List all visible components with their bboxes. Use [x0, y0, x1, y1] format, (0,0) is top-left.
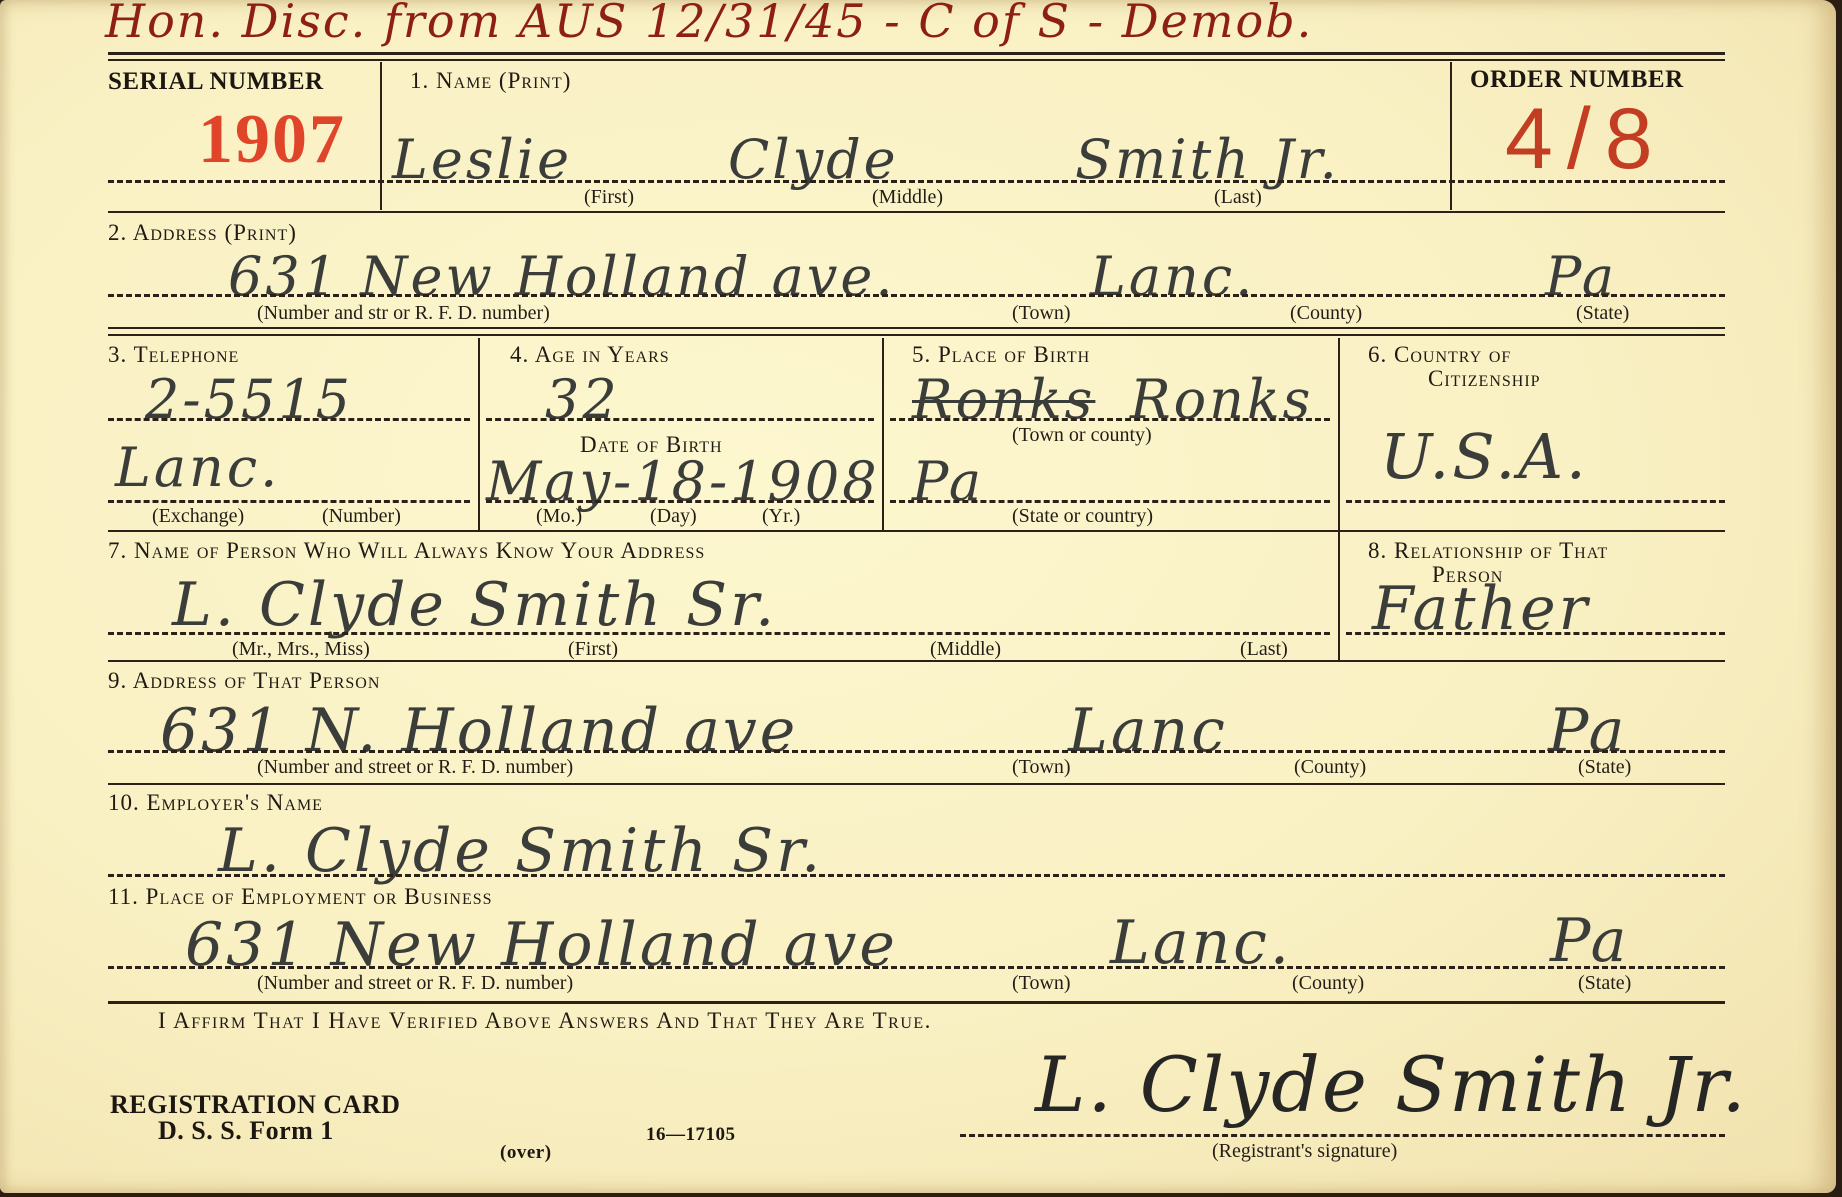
birthplace-dashed-line: [890, 418, 1330, 421]
birthplace-state-sublabel: (State or country): [1012, 505, 1153, 528]
dob-value: May-18-1908: [486, 450, 880, 513]
address-street-sublabel: (Number and str or R. F. D. number): [257, 302, 550, 325]
form-number: D. S. S. Form 1: [158, 1116, 334, 1146]
contact-address-dashed-line: [108, 750, 1725, 753]
birthplace-struck: Ronks: [912, 368, 1095, 431]
contact-dashed-line: [108, 632, 1330, 635]
serial-number-label: SERIAL NUMBER: [108, 68, 324, 96]
name-first-sublabel: (First): [584, 186, 634, 209]
contact-address-label: 9. Address of That Person: [108, 668, 380, 694]
relationship-label: 8. Relationship of That: [1368, 538, 1608, 564]
yr-sublabel: (Yr.): [762, 505, 800, 528]
over-label: (over): [500, 1142, 552, 1164]
address-street: 631 New Holland ave.: [228, 245, 896, 308]
birthplace-state: Pa: [912, 450, 984, 513]
signature-sublabel: (Registrant's signature): [1212, 1140, 1397, 1163]
citizenship-value: U.S.A.: [1380, 420, 1589, 493]
dob-dashed-line: [486, 500, 874, 503]
contact-county-sublabel: (County): [1294, 756, 1366, 779]
contact-state-sublabel: (State): [1578, 756, 1631, 779]
discharge-annotation: Hon. Disc. from AUS 12/31/45 - C of S - …: [105, 0, 1313, 48]
employment-state-sublabel: (State): [1578, 972, 1631, 995]
contact-title-sublabel: (Mr., Mrs., Miss): [232, 638, 370, 661]
row4-bottom-rule: [108, 660, 1725, 662]
contact-last-sublabel: (Last): [1240, 638, 1288, 661]
employer-dashed-line: [108, 874, 1725, 877]
age-dashed-line: [486, 418, 874, 421]
address-dashed-line: [108, 294, 1725, 297]
age-value: 32: [545, 368, 620, 431]
signature-dashed-line: [960, 1134, 1725, 1137]
order-divider: [1450, 62, 1452, 210]
address-town: Lanc.: [1090, 245, 1255, 308]
number-sublabel: (Number): [322, 505, 401, 528]
serial-number-value: 1907: [198, 100, 346, 180]
contact-address-town: Lanc: [1068, 696, 1228, 766]
registration-card: Hon. Disc. from AUS 12/31/45 - C of S - …: [0, 0, 1836, 1193]
employment-street: 631 New Holland ave: [185, 910, 898, 980]
registrant-signature: L. Clyde Smith Jr.: [1035, 1040, 1748, 1129]
row2-rule: [108, 327, 1725, 329]
address-town-sublabel: (Town): [1012, 302, 1071, 325]
row3-divider-1: [478, 338, 480, 530]
affirmation-text: I Affirm That I Have Verified Above Answ…: [158, 1008, 932, 1034]
birthplace-label: 5. Place of Birth: [912, 342, 1090, 368]
telephone-dashed-line-2: [108, 500, 470, 503]
birthplace-town: Ronks: [1130, 368, 1313, 431]
exchange-sublabel: (Exchange): [152, 505, 244, 528]
birthplace-town-sublabel: (Town or county): [1012, 424, 1152, 447]
row1-dashed-line: [108, 180, 1725, 183]
contact-label: 7. Name of Person Who Will Always Know Y…: [108, 538, 705, 564]
print-code: 16—17105: [646, 1124, 736, 1146]
employment-county-sublabel: (County): [1292, 972, 1364, 995]
employment-label: 11. Place of Employment or Business: [108, 884, 493, 910]
employer-label: 10. Employer's Name: [108, 790, 323, 816]
top-rule-2: [108, 59, 1725, 61]
row4-divider: [1338, 532, 1340, 660]
telephone-label: 3. Telephone: [108, 342, 239, 368]
citizenship-label: 6. Country of: [1368, 342, 1511, 368]
day-sublabel: (Day): [650, 505, 697, 528]
serial-divider: [380, 62, 382, 210]
name-middle-sublabel: (Middle): [872, 186, 943, 209]
row3-divider-2: [882, 338, 884, 530]
row5-bottom-rule: [108, 783, 1725, 785]
row3-bottom-rule: [108, 530, 1725, 532]
order-number-value: 4/8: [1505, 90, 1667, 189]
relationship-dashed-line: [1346, 632, 1725, 635]
employment-town-sublabel: (Town): [1012, 972, 1071, 995]
citizenship-dashed-line: [1346, 500, 1725, 503]
contact-middle-sublabel: (Middle): [930, 638, 1001, 661]
citizenship-label-2: Citizenship: [1428, 366, 1541, 392]
row3-divider-3: [1338, 338, 1340, 530]
row7-bottom-rule: [108, 1001, 1725, 1004]
address-state-sublabel: (State): [1576, 302, 1629, 325]
contact-town-sublabel: (Town): [1012, 756, 1071, 779]
name-last-sublabel: (Last): [1214, 186, 1262, 209]
address-county-sublabel: (County): [1290, 302, 1362, 325]
top-rule: [108, 52, 1725, 55]
telephone-number: 2-5515: [145, 368, 353, 431]
row2-rule-2: [108, 334, 1725, 336]
telephone-dashed-line: [108, 418, 470, 421]
name-label: 1. Name (Print): [410, 68, 571, 94]
address-label: 2. Address (Print): [108, 220, 297, 246]
contact-street-sublabel: (Number and street or R. F. D. number): [257, 756, 573, 779]
contact-name: L. Clyde Smith Sr.: [172, 570, 777, 640]
row1-bottom-rule: [108, 211, 1725, 213]
mo-sublabel: (Mo.): [536, 505, 582, 528]
address-state: Pa: [1545, 245, 1617, 308]
employment-dashed-line: [108, 966, 1725, 969]
employment-street-sublabel: (Number and street or R. F. D. number): [257, 972, 573, 995]
age-label: 4. Age in Years: [510, 342, 670, 368]
telephone-exchange: Lanc.: [115, 436, 280, 499]
birthplace-dashed-line-2: [890, 500, 1330, 503]
contact-first-sublabel: (First): [568, 638, 618, 661]
